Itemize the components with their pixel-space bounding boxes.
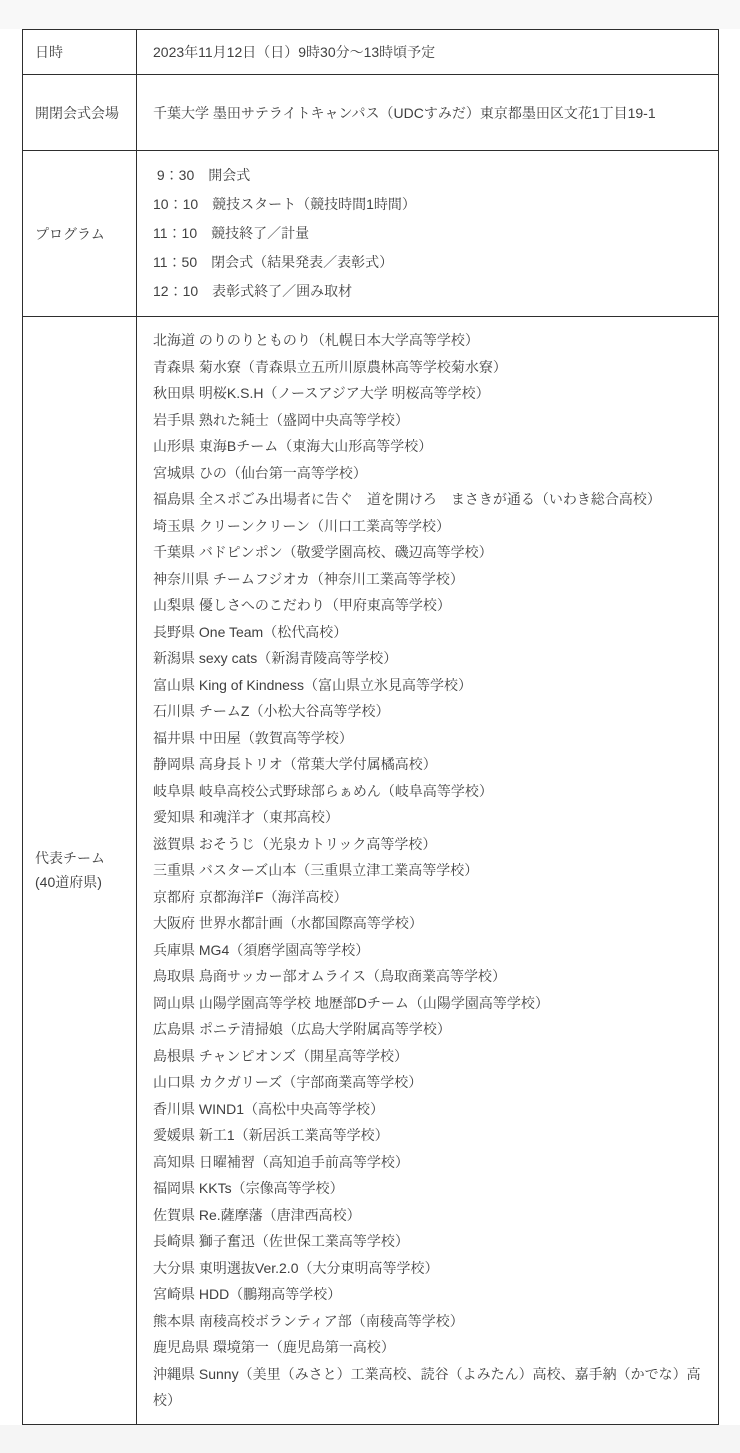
team-list-item: 三重県 バスターズ山本（三重県立津工業高等学校）: [153, 857, 702, 884]
team-list-item: 岐阜県 岐阜高校公式野球部らぁめん（岐阜高等学校）: [153, 778, 702, 805]
team-list-item: 沖縄県 Sunny（美里（みさと）工業高校、読谷（よみたん）高校、嘉手納（かでな…: [153, 1361, 702, 1414]
datetime-value: 2023年11月12日（日）9時30分～13時頃予定: [137, 30, 719, 75]
row-label-datetime: 日時: [23, 30, 137, 75]
program-line: 11：50 閉会式（結果発表／表彰式）: [153, 248, 702, 277]
program-line: 12：10 表彰式終了／囲み取材: [153, 277, 702, 306]
team-list-item: 北海道 のりのりとものり（札幌日本大学高等学校）: [153, 327, 702, 354]
row-label-program: プログラム: [23, 151, 137, 317]
program-schedule: 9：30 開会式10：10 競技スタート（競技時間1時間）11：10 競技終了／…: [137, 151, 719, 317]
team-list-item: 埼玉県 クリーンクリーン（川口工業高等学校）: [153, 513, 702, 540]
team-list-item: 大分県 東明選抜Ver.2.0（大分東明高等学校）: [153, 1255, 702, 1282]
team-list-item: 山形県 東海Bチーム（東海大山形高等学校）: [153, 433, 702, 460]
team-list-item: 福島県 全スポごみ出場者に告ぐ 道を開けろ まさきが通る（いわき総合高校）: [153, 486, 702, 513]
program-line: 9：30 開会式: [153, 161, 702, 190]
team-list-item: 福岡県 KKTs（宗像高等学校）: [153, 1175, 702, 1202]
team-list-item: 香川県 WIND1（高松中央高等学校）: [153, 1096, 702, 1123]
page: 日時 2023年11月12日（日）9時30分～13時頃予定 開閉会式会場 千葉大…: [0, 0, 740, 1453]
team-list-item: 広島県 ポニテ清掃娘（広島大学附属高等学校）: [153, 1016, 702, 1043]
table-row: 代表チーム (40道府県) 北海道 のりのりとものり（札幌日本大学高等学校）青森…: [23, 317, 719, 1425]
team-list-item: 兵庫県 MG4（須磨学園高等学校）: [153, 937, 702, 964]
event-info-table: 日時 2023年11月12日（日）9時30分～13時頃予定 開閉会式会場 千葉大…: [22, 29, 719, 1425]
team-list-item: 宮崎県 HDD（鵬翔高等学校）: [153, 1281, 702, 1308]
table-row: 日時 2023年11月12日（日）9時30分～13時頃予定: [23, 30, 719, 75]
team-list: 北海道 のりのりとものり（札幌日本大学高等学校）青森県 菊水寮（青森県立五所川原…: [137, 317, 719, 1425]
venue-value: 千葉大学 墨田サテライトキャンパス（UDCすみだ）東京都墨田区文花1丁目19-1: [137, 75, 719, 151]
table-row: プログラム 9：30 開会式10：10 競技スタート（競技時間1時間）11：10…: [23, 151, 719, 317]
row-label-venue: 開閉会式会場: [23, 75, 137, 151]
top-margin-band: [0, 0, 740, 29]
team-list-item: 新潟県 sexy cats（新潟青陵高等学校）: [153, 645, 702, 672]
team-list-item: 青森県 菊水寮（青森県立五所川原農林高等学校菊水寮）: [153, 354, 702, 381]
team-list-item: 愛知県 和魂洋才（東邦高校）: [153, 804, 702, 831]
team-list-item: 富山県 King of Kindness（富山県立氷見高等学校）: [153, 672, 702, 699]
team-list-item: 宮城県 ひの（仙台第一高等学校）: [153, 460, 702, 487]
table-row: 開閉会式会場 千葉大学 墨田サテライトキャンパス（UDCすみだ）東京都墨田区文花…: [23, 75, 719, 151]
program-line: 10：10 競技スタート（競技時間1時間）: [153, 190, 702, 219]
team-list-item: 長崎県 獅子奮迅（佐世保工業高等学校）: [153, 1228, 702, 1255]
team-list-item: 滋賀県 おそうじ（光泉カトリック高等学校）: [153, 831, 702, 858]
team-list-item: 愛媛県 新工1（新居浜工業高等学校）: [153, 1122, 702, 1149]
team-list-item: 鳥取県 鳥商サッカー部オムライス（鳥取商業高等学校）: [153, 963, 702, 990]
team-list-item: 神奈川県 チームフジオカ（神奈川工業高等学校）: [153, 566, 702, 593]
team-list-item: 鹿児島県 環境第一（鹿児島第一高校）: [153, 1334, 702, 1361]
team-list-item: 山梨県 優しさへのこだわり（甲府東高等学校）: [153, 592, 702, 619]
team-list-item: 佐賀県 Re.薩摩藩（唐津西高校）: [153, 1202, 702, 1229]
team-list-item: 石川県 チームZ（小松大谷高等学校）: [153, 698, 702, 725]
team-list-item: 大阪府 世界水都計画（水都国際高等学校）: [153, 910, 702, 937]
team-list-item: 島根県 チャンピオンズ（開星高等学校）: [153, 1043, 702, 1070]
teams-label-line1: 代表チーム: [35, 846, 124, 870]
teams-label-line2: (40道府県): [35, 870, 124, 894]
team-list-item: 岡山県 山陽学園高等学校 地歴部Dチーム（山陽学園高等学校）: [153, 990, 702, 1017]
team-list-item: 京都府 京都海洋F（海洋高校）: [153, 884, 702, 911]
team-list-item: 岩手県 熟れた純士（盛岡中央高等学校）: [153, 407, 702, 434]
team-list-item: 山口県 カクガリーズ（宇部商業高等学校）: [153, 1069, 702, 1096]
row-label-teams: 代表チーム (40道府県): [23, 317, 137, 1425]
bottom-margin-band: [0, 1425, 740, 1453]
team-list-item: 秋田県 明桜K.S.H（ノースアジア大学 明桜高等学校）: [153, 380, 702, 407]
program-line: 11：10 競技終了／計量: [153, 219, 702, 248]
team-list-item: 千葉県 バドピンポン（敬愛学園高校、磯辺高等学校）: [153, 539, 702, 566]
team-list-item: 長野県 One Team（松代高校）: [153, 619, 702, 646]
team-list-item: 静岡県 高身長トリオ（常葉大学付属橘高校）: [153, 751, 702, 778]
team-list-item: 福井県 中田屋（敦賀高等学校）: [153, 725, 702, 752]
team-list-item: 熊本県 南稜高校ボランティア部（南稜高等学校）: [153, 1308, 702, 1335]
team-list-item: 高知県 日曜補習（高知追手前高等学校）: [153, 1149, 702, 1176]
